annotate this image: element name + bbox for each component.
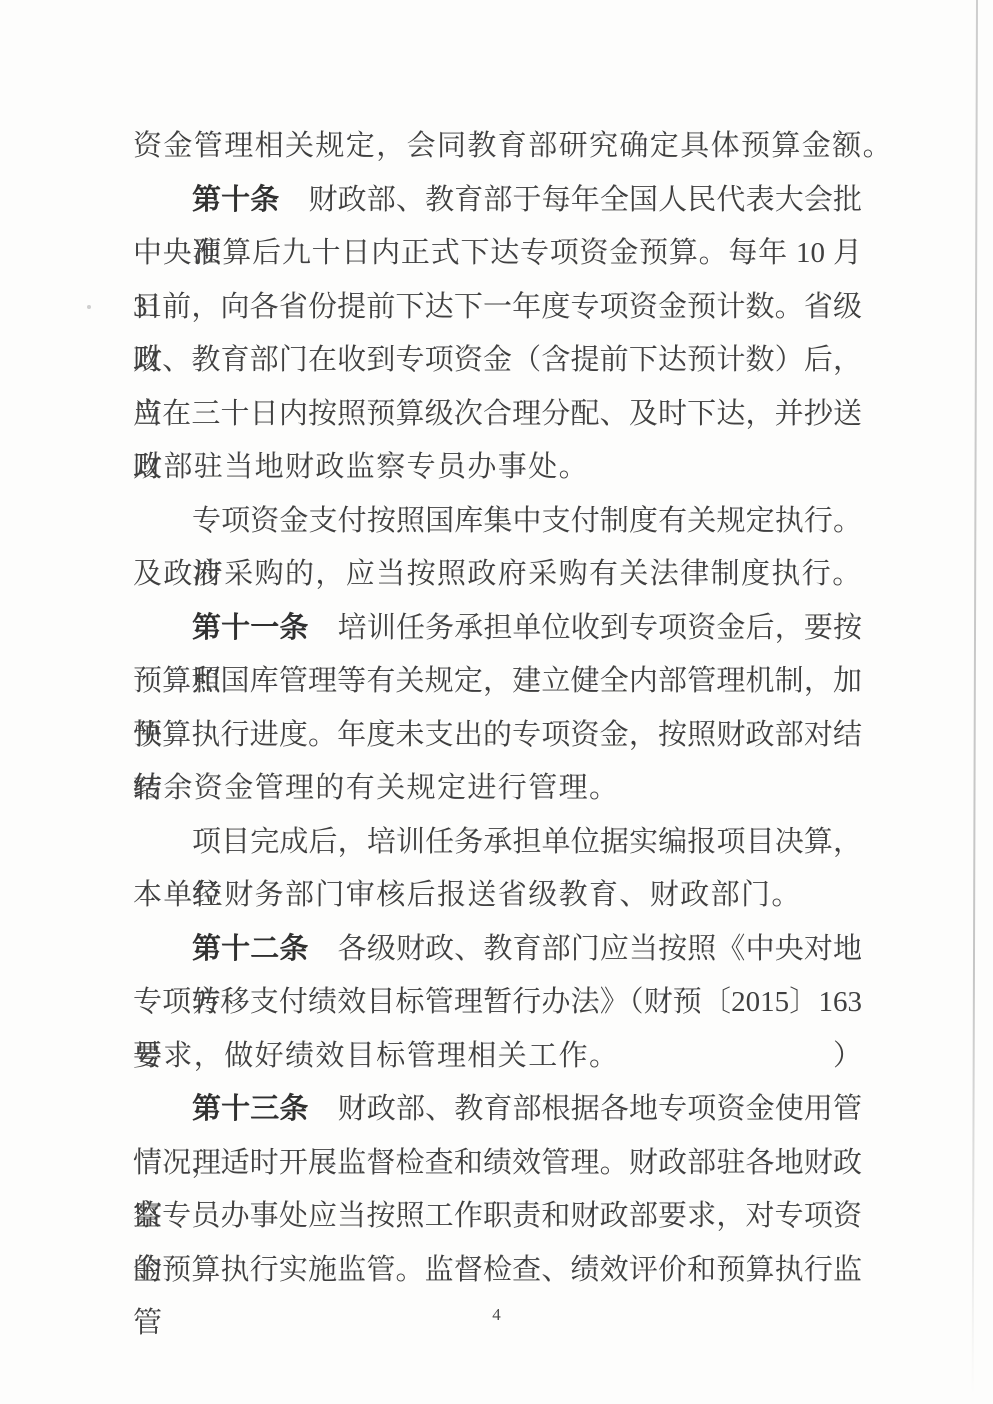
text-line: 日前，向各省份提前下达下一年度专项资金预计数。省级财 <box>133 281 862 335</box>
scan-speck <box>87 305 91 309</box>
text-line: 第十条 财政部、教育部于每年全国人民代表大会批准 <box>133 174 862 228</box>
page-number: 4 <box>0 1305 993 1325</box>
text-line: 结余资金管理的有关规定进行管理。 <box>133 762 862 816</box>
text-line: 察专员办事处应当按照工作职责和财政部要求，对专项资金 <box>133 1190 862 1244</box>
text-line: 政部驻当地财政监察专员办事处。 <box>133 441 862 495</box>
text-line: 本单位财务部门审核后报送省级教育、财政部门。 <box>133 869 862 923</box>
text-line: 当在三十日内按照预算级次合理分配、及时下达，并抄送财 <box>133 388 862 442</box>
text-line: 项目完成后，培训任务承担单位据实编报项目决算，经 <box>133 816 862 870</box>
text-line: 情况，适时开展监督检查和绩效管理。财政部驻各地财政监 <box>133 1137 862 1191</box>
text-line: 中央预算后九十日内正式下达专项资金预算。每年 10 月 31 <box>133 227 862 281</box>
text-line: 预算执行进度。年度未支出的专项资金，按照财政部对结转 <box>133 709 862 763</box>
text-line: 资金管理相关规定，会同教育部研究确定具体预算金额。 <box>133 120 862 174</box>
text-line: 专项资金支付按照国库集中支付制度有关规定执行。涉 <box>133 495 862 549</box>
text-line: 预算和国库管理等有关规定，建立健全内部管理机制，加快 <box>133 655 862 709</box>
scan-edge-artifact <box>972 0 978 1396</box>
text-line: 及政府采购的，应当按照政府采购有关法律制度执行。 <box>133 548 862 602</box>
document-body: 资金管理相关规定，会同教育部研究确定具体预算金额。 第十条 财政部、教育部于每年… <box>133 120 862 1297</box>
text-line: 的预算执行实施监管。监督检查、绩效评价和预算执行监管 <box>133 1244 862 1298</box>
text-line: 第十一条 培训任务承担单位收到专项资金后，要按照 <box>133 602 862 656</box>
document-page: 资金管理相关规定，会同教育部研究确定具体预算金额。 第十条 财政部、教育部于每年… <box>0 0 993 1404</box>
text-line: 第十三条 财政部、教育部根据各地专项资金使用管理 <box>133 1083 862 1137</box>
text-line: 政、教育部门在收到专项资金（含提前下达预计数）后，应 <box>133 334 862 388</box>
text-line: 第十二条 各级财政、教育部门应当按照《中央对地方 <box>133 923 862 977</box>
text-line: 专项转移支付绩效目标管理暂行办法》（财预〔2015〕163 号） <box>133 976 862 1030</box>
